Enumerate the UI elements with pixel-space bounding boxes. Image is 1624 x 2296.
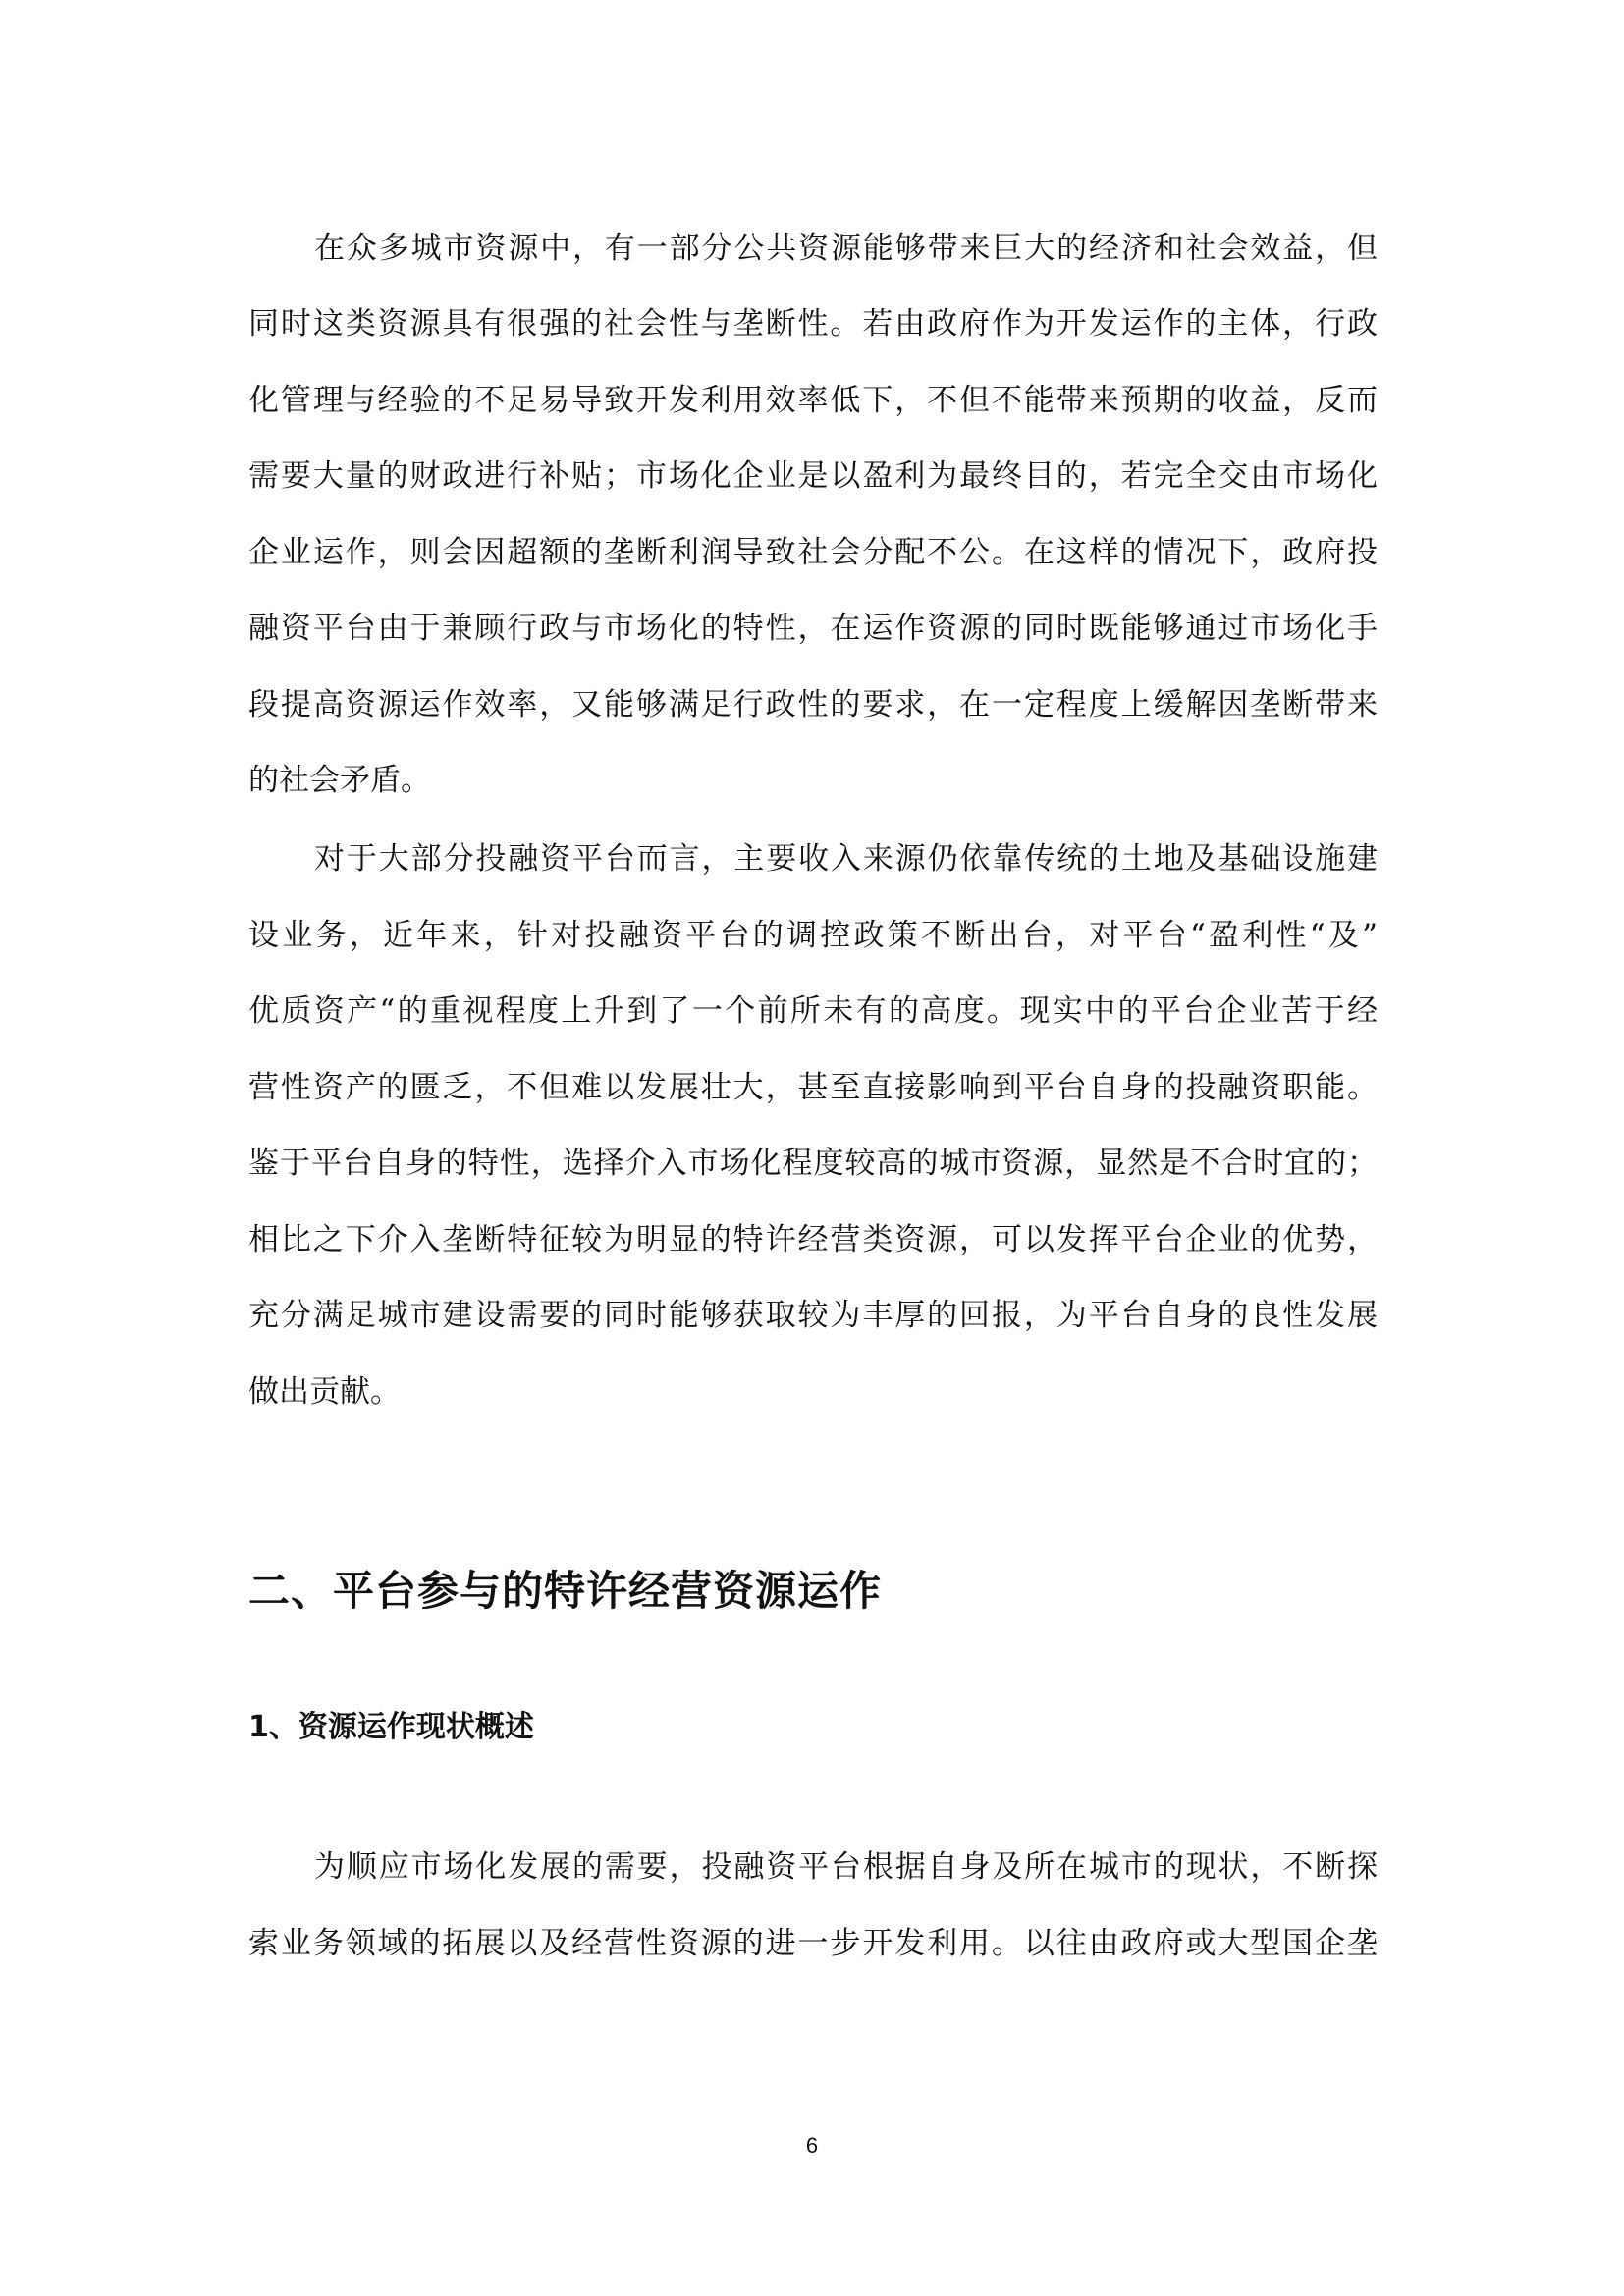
text-line: 段提高资源运作效率，又能够满足行政性的要求，在一定程度上缓解因垄断带来	[248, 685, 1378, 724]
text-line: 需要大量的财政进行补贴；市场化企业是以盈利为最终目的，若完全交由市场化	[248, 456, 1378, 496]
text-line: 设业务，近年来，针对投融资平台的调控政策不断出台，对平台“盈利性“及”	[248, 916, 1378, 955]
text-line: 索业务领域的拓展以及经营性资源的进一步开发利用。以往由政府或大型国企垄	[248, 1924, 1378, 1963]
text-line: 的社会矛盾。	[248, 761, 1378, 800]
text-line: 做出贡献。	[248, 1372, 1378, 1412]
section-heading: 二、平台参与的特许经营资源运作	[248, 1568, 882, 1615]
text-line: 企业运作，则会因超额的垄断利润导致社会分配不公。在这样的情况下，政府投	[248, 533, 1378, 572]
text-line: 优质资产“的重视程度上升到了一个前所未有的高度。现实中的平台企业苦于经	[248, 991, 1378, 1031]
text-line: 鉴于平台自身的特性，选择介入市场化程度较高的城市资源，显然是不合时宜的；	[248, 1144, 1378, 1183]
text-line: 在众多城市资源中，有一部分公共资源能够带来巨大的经济和社会效益，但	[314, 229, 1378, 268]
text-line: 营性资产的匮乏，不但难以发展壮大，甚至直接影响到平台自身的投融资职能。	[248, 1068, 1378, 1107]
text-line: 对于大部分投融资平台而言，主要收入来源仍依靠传统的土地及基础设施建	[314, 839, 1378, 879]
document-page: 在众多城市资源中，有一部分公共资源能够带来巨大的经济和社会效益，但 同时这类资源…	[0, 0, 1624, 2296]
text-line: 融资平台由于兼顾行政与市场化的特性，在运作资源的同时既能够通过市场化手	[248, 609, 1378, 648]
text-line: 充分满足城市建设需要的同时能够获取较为丰厚的回报，为平台自身的良性发展	[248, 1296, 1378, 1335]
text-line: 同时这类资源具有很强的社会性与垄断性。若由政府作为开发运作的主体，行政	[248, 304, 1378, 344]
subsection-heading: 1、资源运作现状概述	[248, 1710, 534, 1745]
text-line: 相比之下介入垄断特征较为明显的特许经营类资源，可以发挥平台企业的优势，	[248, 1220, 1378, 1259]
text-line: 化管理与经验的不足易导致开发利用效率低下，不但不能带来预期的收益，反而	[248, 381, 1378, 420]
page-number: 6	[0, 2133, 1624, 2159]
text-line: 为顺应市场化发展的需要，投融资平台根据自身及所在城市的现状，不断探	[314, 1847, 1378, 1887]
